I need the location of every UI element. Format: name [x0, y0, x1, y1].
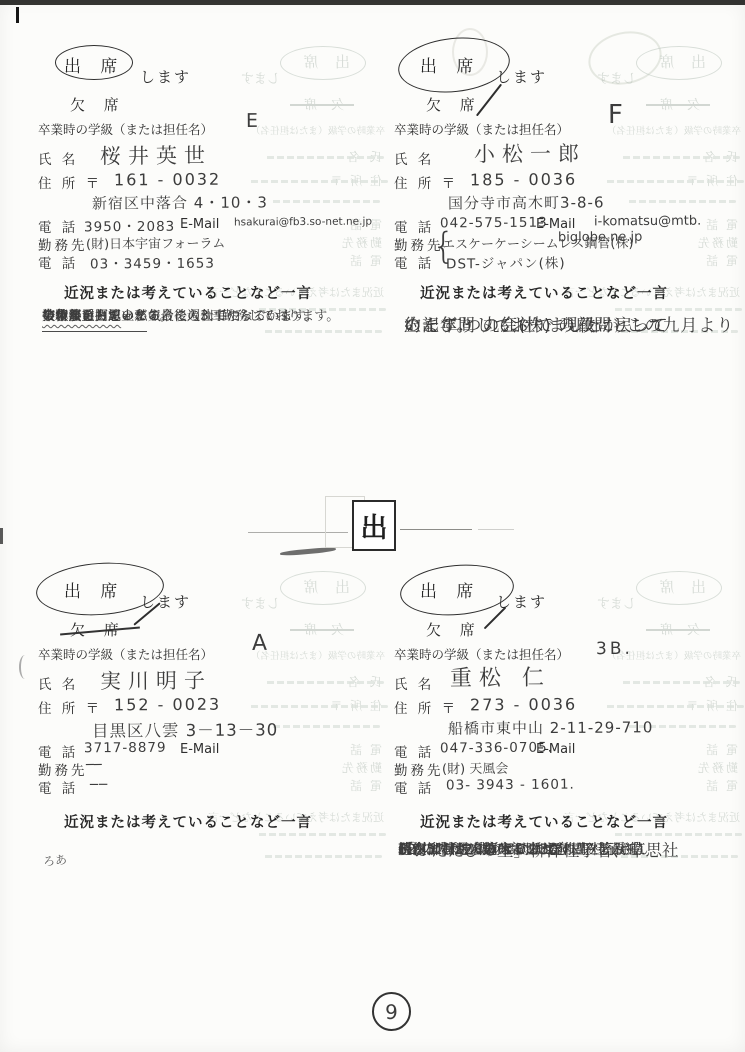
name-value-handwritten: 実川明子 — [100, 665, 212, 696]
ghost-handwriting-line — [264, 156, 384, 159]
name-label: 氏 名 — [38, 148, 78, 168]
ghost-handwriting-line — [264, 681, 384, 684]
work-phone-label: 電 話 — [394, 777, 434, 797]
shimasu-label: します — [496, 66, 547, 87]
class-value-handwritten: F — [608, 100, 623, 130]
attend-label: 出 席 — [420, 52, 480, 77]
ghost-shimasu-label: します — [241, 593, 280, 612]
class-label: 卒業時の学級（または担任名） — [394, 120, 569, 138]
scan-mark — [0, 528, 3, 544]
class-value-handwritten: E — [246, 110, 258, 132]
ghost-shimasu-label: します — [241, 68, 280, 87]
ghost-class-label: 卒業時の学級（または担任名） — [607, 122, 741, 136]
address-line2-handwritten: 目黒区八雲 3－13－30 — [92, 716, 278, 741]
work-phone-label: 電 話 — [394, 252, 434, 272]
ghost-phone2-label: 電 話 — [704, 777, 738, 794]
ghost-work-label: 勤務先 — [696, 234, 738, 251]
postal-code-handwritten: 185 - 0036 — [470, 170, 577, 190]
name-label: 氏 名 — [394, 673, 434, 693]
ghost-strike-mark — [290, 104, 354, 106]
name-value-handwritten: 小松一郎 — [474, 138, 586, 169]
class-label: 卒業時の学級（または担任名） — [38, 645, 213, 663]
name-label: 氏 名 — [38, 673, 78, 693]
divider-line — [400, 529, 472, 530]
ghost-attend-label: 出 席 — [653, 576, 706, 597]
ghost-attend-label: 出 席 — [297, 576, 350, 597]
address-label: 住 所 〒 — [38, 172, 102, 192]
ghost-phone-label: 電 話 — [704, 216, 738, 233]
postal-code-handwritten: 161 - 0032 — [114, 170, 221, 190]
ghost-handwriting-line — [604, 705, 744, 708]
ghost-phone-label: 電 話 — [704, 741, 738, 758]
ghost-class-label: 卒業時の学級（または担任名） — [251, 647, 385, 661]
scan-mark — [16, 7, 19, 23]
ghost-phone2-label: 電 話 — [704, 252, 738, 269]
ghost-handwriting-line — [264, 330, 382, 333]
phone-value-handwritten: 042-575-1513 — [440, 215, 548, 232]
address-line2-handwritten: 国分寺市高木町3-8-6 — [448, 191, 605, 213]
reply-postcard: 出 席 します 欠 席 卒業時の学級（または担任名） 氏 名 住 所 〒 電 話… — [390, 38, 742, 508]
ghost-handwriting-line — [620, 156, 740, 159]
message-heading: 近況または考えていることなど一言 — [64, 811, 312, 832]
scan-edge-artifact — [0, 0, 745, 5]
class-value-handwritten: 3B. — [596, 639, 633, 659]
work-phone-value-handwritten: 03- 3943 - 1601. — [446, 777, 575, 794]
ghost-shimasu-label: します — [597, 68, 636, 87]
ghost-attend-label: 出 席 — [653, 51, 706, 72]
email-label: E-Mail — [536, 742, 575, 757]
absent-label: 欠 席 — [426, 619, 482, 640]
address-label: 住 所 〒 — [394, 697, 458, 717]
ghost-handwriting-line — [270, 200, 380, 203]
absent-label: 欠 席 — [426, 94, 482, 115]
shimasu-label: します — [496, 591, 547, 612]
class-value-handwritten: A — [252, 631, 267, 656]
work-label: 勤務先 — [38, 234, 88, 254]
work-value-handwritten: (財)日本宇宙フォーラム — [86, 233, 226, 253]
ghost-handwriting-line — [248, 705, 388, 708]
ink-smudge — [280, 547, 336, 557]
work-phone-label: 電 話 — [38, 777, 78, 797]
page-number-badge: 9 — [372, 992, 411, 1031]
ghost-phone2-label: 電 話 — [348, 252, 382, 269]
ghost-handwriting-line — [256, 833, 386, 836]
address-label: 住 所 〒 — [394, 172, 458, 192]
email-label: E-Mail — [180, 742, 219, 757]
ghost-handwriting-line — [620, 681, 740, 684]
ghost-handwriting-line — [264, 855, 382, 858]
ghost-work-label: 勤務先 — [696, 759, 738, 776]
stray-pen-mark — [19, 655, 31, 679]
ghost-shimasu-label: します — [597, 593, 636, 612]
work-label: 勤務先 — [38, 759, 88, 779]
work-phone-value-handwritten: DST-ジャパン(株) — [446, 252, 566, 273]
attend-label: 出 席 — [420, 577, 480, 602]
message-line: ろあ — [42, 849, 82, 853]
divider-line — [478, 529, 514, 530]
address-label: 住 所 〒 — [38, 697, 102, 717]
ghost-phone-label: 電 話 — [348, 741, 382, 758]
address-line2-handwritten: 新宿区中落合 4・10・3 — [92, 191, 268, 213]
ghost-work-label: 勤務先 — [340, 234, 382, 251]
ghost-work-label: 勤務先 — [340, 759, 382, 776]
attend-label: 出 席 — [64, 52, 124, 77]
ghost-handwriting-line — [612, 833, 742, 836]
postal-code-handwritten: 273 - 0036 — [470, 695, 577, 715]
absent-label: 欠 席 — [70, 94, 126, 115]
address-line2-handwritten: 船橋市東中山 2-11-29-710 — [448, 716, 654, 738]
message-heading: 近況または考えていることなど一言 — [420, 811, 668, 832]
work-phone-label: 電 話 — [38, 252, 78, 272]
reply-postcard: 出 席 します 欠 席 卒業時の学級（または担任名） 氏 名 住 所 〒 電 話… — [34, 563, 386, 1048]
phone-label: 電 話 — [394, 216, 434, 236]
name-value-handwritten: 重松 仁 — [450, 661, 551, 693]
ghost-handwriting-line — [626, 200, 736, 203]
phone-label: 電 話 — [394, 741, 434, 761]
ghost-strike-mark — [290, 629, 354, 631]
divider-tab: 出 — [352, 500, 396, 551]
phone-label: 電 話 — [38, 741, 78, 761]
ghost-phone2-label: 電 話 — [348, 777, 382, 794]
message-heading: 近況または考えていることなど一言 — [420, 282, 668, 303]
name-value-handwritten: 桜井英世 — [100, 140, 212, 171]
ghost-strike-mark — [646, 629, 710, 631]
email-value-handwritten: hsakurai@fb3.so-net.ne.jp — [234, 216, 372, 229]
shimasu-label: します — [140, 591, 191, 612]
phone-label: 電 話 — [38, 216, 78, 236]
work-label: 勤務先 — [394, 234, 444, 254]
class-label: 卒業時の学級（または担任名） — [38, 120, 213, 138]
absent-label: 欠 席 — [70, 619, 126, 640]
reply-postcard: 出 席 します 欠 席 卒業時の学級（または担任名） 氏 名 住 所 〒 電 話… — [390, 563, 742, 1052]
message-heading: 近況または考えていることなど一言 — [64, 282, 312, 303]
email-value-handwritten: i-komatsu@mtb. — [594, 214, 701, 230]
work-value-handwritten: ── — [86, 758, 102, 773]
ghost-attend-label: 出 席 — [297, 51, 350, 72]
ghost-handwriting-line — [270, 725, 380, 728]
work-label: 勤務先 — [394, 759, 444, 779]
name-label: 氏 名 — [394, 148, 434, 168]
work-phone-value-handwritten: 03・3459・1653 — [90, 252, 215, 273]
ghost-handwriting-line — [604, 180, 744, 183]
email-value-line2-handwritten: biglobe.ne.jp — [558, 230, 642, 246]
shimasu-label: します — [140, 66, 191, 87]
scanned-reply-postcards-page: 出 席 します 欠 席 卒業時の学級（または担任名） 氏 名 住 所 〒 電 話… — [0, 0, 745, 1052]
postal-code-handwritten: 152 - 0023 — [114, 695, 221, 715]
reply-postcard: 出 席 します 欠 席 卒業時の学級（または担任名） 氏 名 住 所 〒 電 話… — [34, 38, 386, 508]
ghost-strike-mark — [646, 104, 710, 106]
ghost-handwriting-line — [248, 180, 388, 183]
email-label: E-Mail — [180, 217, 219, 232]
phone-value-handwritten: 3717-8879 — [84, 740, 167, 757]
attend-label: 出 席 — [64, 577, 124, 602]
work-phone-value-handwritten: ── — [90, 777, 108, 793]
ghost-class-label: 卒業時の学級（または担任名） — [251, 122, 385, 136]
work-value-handwritten: (財) 天風会 — [442, 758, 508, 777]
